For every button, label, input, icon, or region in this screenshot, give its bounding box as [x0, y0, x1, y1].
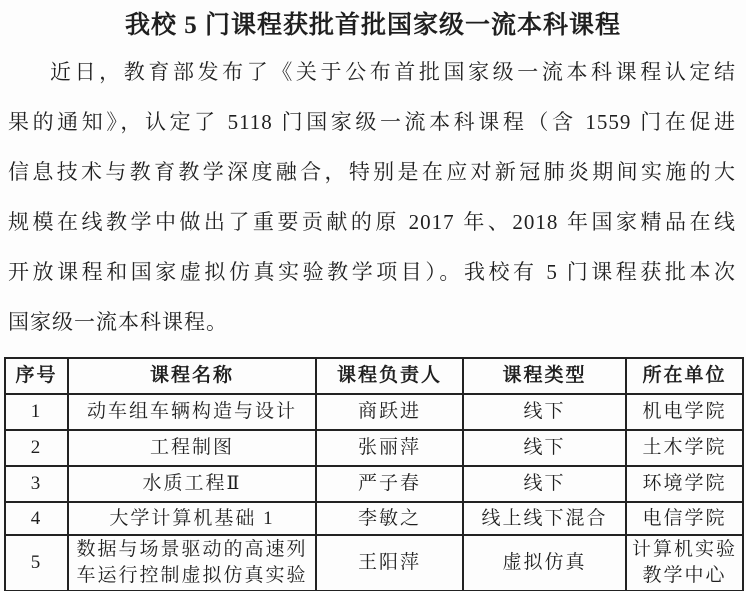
cell-course-type: 线下 — [463, 394, 626, 430]
cell-unit: 电信学院 — [626, 502, 743, 535]
table-row: 5 数据与场景驱动的高速列车运行控制虚拟仿真实验 王阳萍 虚拟仿真 计算机实验教… — [5, 535, 743, 591]
paragraph-line-2: 果的通知》，认定了 5118 门国家级一流本科课程（含 1559 门在促进 — [8, 97, 736, 147]
cell-index: 2 — [5, 430, 68, 466]
document-title: 我校 5 门课程获批首批国家级一流本科课程 — [0, 0, 746, 47]
cell-course-name: 大学计算机基础 1 — [68, 502, 316, 535]
document-page: 我校 5 门课程获批首批国家级一流本科课程 近日，教育部发布了《关于公布首批国家… — [0, 0, 746, 591]
cell-course-leader: 李敏之 — [316, 502, 463, 535]
cell-course-type: 线下 — [463, 430, 626, 466]
cell-course-name: 水质工程Ⅱ — [68, 466, 316, 502]
column-header-course-type: 课程类型 — [463, 358, 626, 394]
paragraph-line-3: 信息技术与教育教学深度融合，特别是在应对新冠肺炎期间实施的大 — [8, 147, 736, 197]
cell-course-leader: 张丽萍 — [316, 430, 463, 466]
table-row: 3 水质工程Ⅱ 严子春 线下 环境学院 — [5, 466, 743, 502]
cell-index: 4 — [5, 502, 68, 535]
cell-unit: 计算机实验教学中心 — [626, 535, 743, 591]
cell-index: 3 — [5, 466, 68, 502]
cell-course-type: 虚拟仿真 — [463, 535, 626, 591]
cell-course-leader: 商跃进 — [316, 394, 463, 430]
cell-unit: 机电学院 — [626, 394, 743, 430]
cell-unit: 土木学院 — [626, 430, 743, 466]
paragraph-line-6: 国家级一流本科课程。 — [8, 297, 736, 347]
cell-course-type: 线上线下混合 — [463, 502, 626, 535]
paragraph-line-4: 规模在线教学中做出了重要贡献的原 2017 年、2018 年国家精品在线 — [8, 197, 736, 247]
table-row: 2 工程制图 张丽萍 线下 土木学院 — [5, 430, 743, 466]
cell-course-type: 线下 — [463, 466, 626, 502]
cell-unit: 环境学院 — [626, 466, 743, 502]
paragraph-line-5: 开放课程和国家虚拟仿真实验教学项目）。我校有 5 门课程获批本次 — [8, 247, 736, 297]
table-row: 1 动车组车辆构造与设计 商跃进 线下 机电学院 — [5, 394, 743, 430]
table-header-row: 序号 课程名称 课程负责人 课程类型 所在单位 — [5, 358, 743, 394]
column-header-course-name: 课程名称 — [68, 358, 316, 394]
cell-course-name: 工程制图 — [68, 430, 316, 466]
paragraph-line-1: 近日，教育部发布了《关于公布首批国家级一流本科课程认定结 — [8, 47, 736, 97]
course-table: 序号 课程名称 课程负责人 课程类型 所在单位 1 动车组车辆构造与设计 商跃进… — [4, 357, 744, 591]
column-header-unit: 所在单位 — [626, 358, 743, 394]
column-header-index: 序号 — [5, 358, 68, 394]
cell-course-leader: 严子春 — [316, 466, 463, 502]
cell-index: 5 — [5, 535, 68, 591]
body-paragraph: 近日，教育部发布了《关于公布首批国家级一流本科课程认定结 果的通知》，认定了 5… — [8, 47, 736, 347]
cell-index: 1 — [5, 394, 68, 430]
cell-course-name: 数据与场景驱动的高速列车运行控制虚拟仿真实验 — [68, 535, 316, 591]
cell-course-name: 动车组车辆构造与设计 — [68, 394, 316, 430]
column-header-course-leader: 课程负责人 — [316, 358, 463, 394]
table-row: 4 大学计算机基础 1 李敏之 线上线下混合 电信学院 — [5, 502, 743, 535]
cell-course-leader: 王阳萍 — [316, 535, 463, 591]
